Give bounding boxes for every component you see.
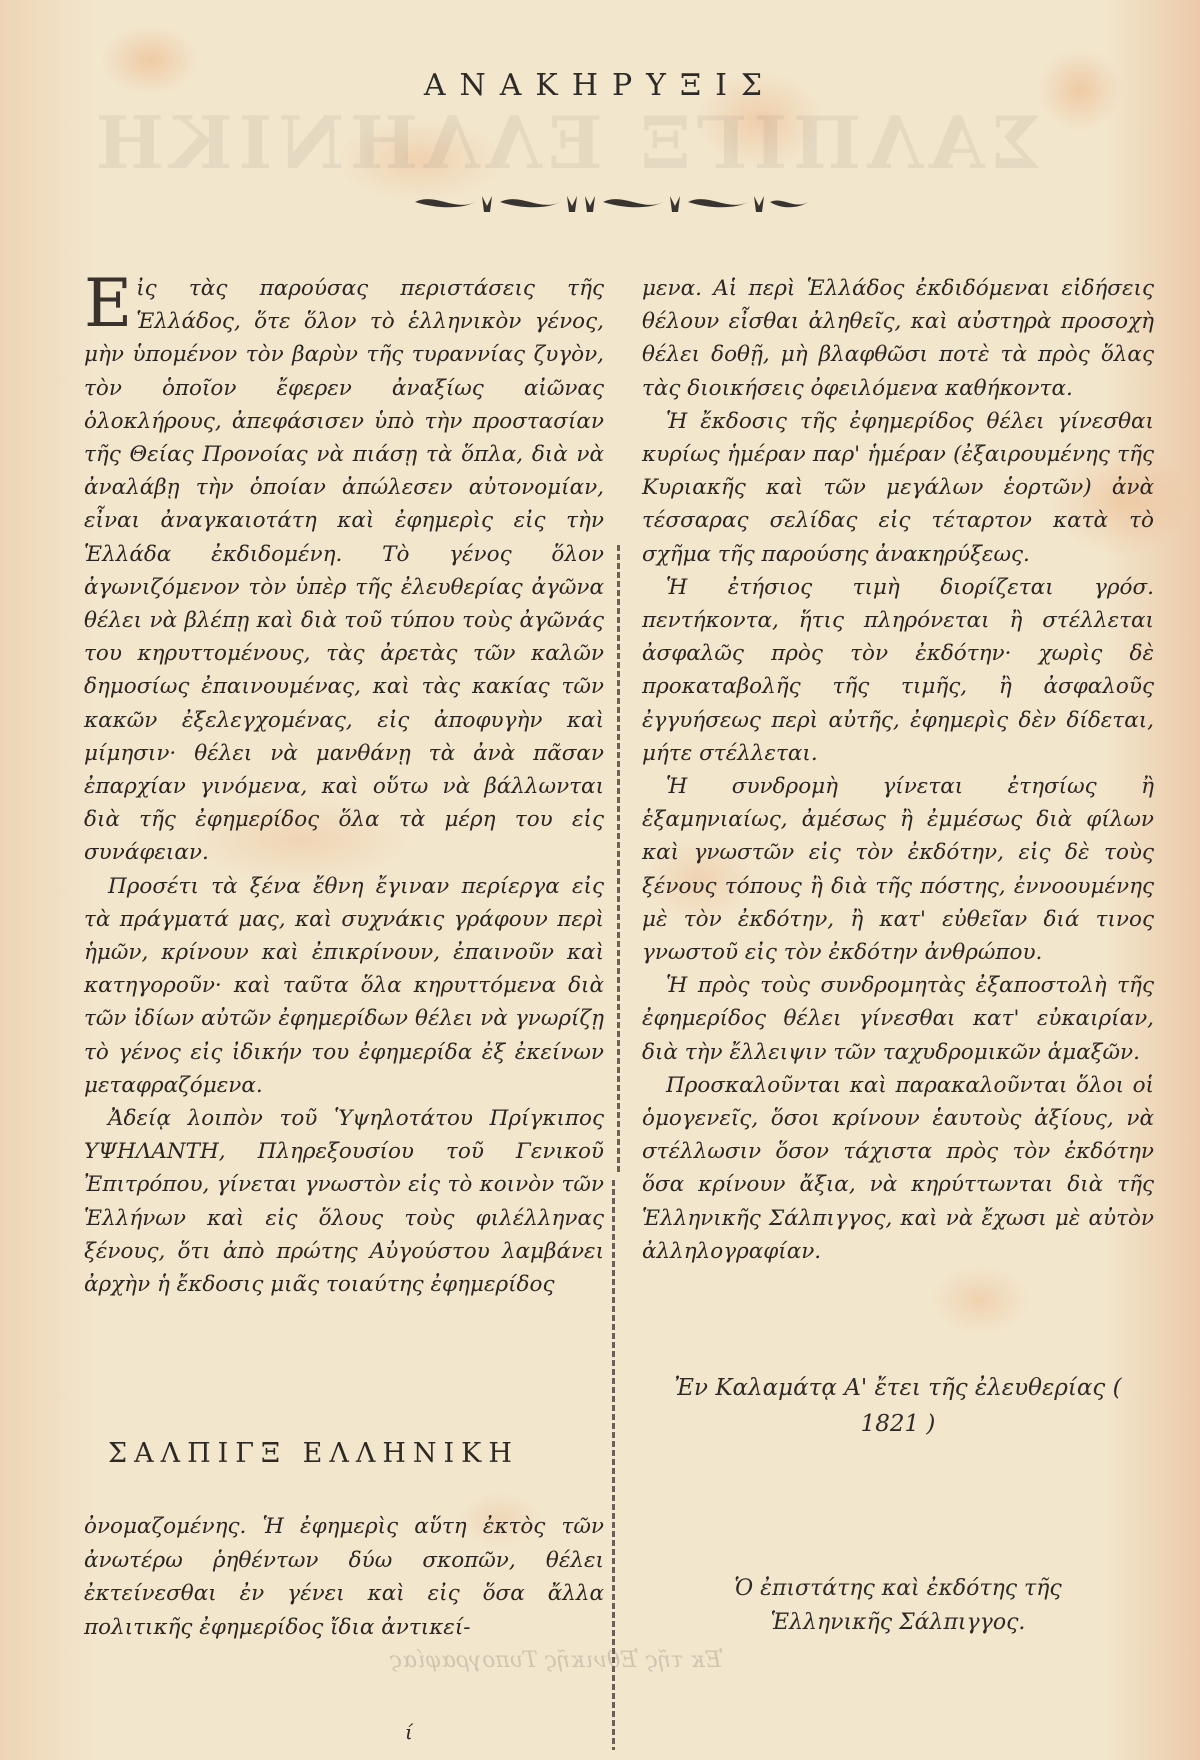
paragraph-invitation: Προσκαλοῦνται καὶ παρακαλοῦνται ὅλοι οἱ …: [642, 1069, 1154, 1268]
paragraph-publication-schedule: Ἡ ἔκδοσις τῆς ἐφημερίδος θέλει γίνεσθαι …: [642, 405, 1154, 571]
dateline: Ἐν Καλαμάτᾳ Α' ἔτει τῆς ἐλευθερίας ( 182…: [642, 1370, 1154, 1442]
left-column: Εἰς τὰς παρούσας περιστάσεις τῆς Ἑλλάδος…: [84, 272, 604, 1301]
newspaper-name-heading: ΣΑΛΠΙΓΞ ΕΛΛΗΝΙΚΗ: [108, 1438, 519, 1469]
paragraph-subscription: Ἡ συνδρομὴ γίνεται ἐτησίως ἢ ἑξαμηνιαίως…: [642, 770, 1154, 969]
signature-line-2: Ἑλληνικῆς Σάλπιγγος.: [642, 1606, 1154, 1640]
bleed-through-title: ΣΑΛΠΙΓΞ ΕΛΛΗΝΙΚΗ: [90, 100, 1042, 185]
fleuron-divider-icon: [410, 188, 810, 218]
right-column: μενα. Αἱ περὶ Ἑλλάδος ἐκδιδόμεναι εἰδήσε…: [642, 272, 1154, 1268]
page-mark: ί: [405, 1720, 413, 1744]
drop-cap: Ε: [84, 276, 132, 332]
signature-block: Ὁ ἐπιστάτης καὶ ἐκδότης τῆς Ἑλληνικῆς Σά…: [642, 1572, 1154, 1640]
opening-paragraph: Εἰς τὰς παρούσας περιστάσεις τῆς Ἑλλάδος…: [84, 272, 604, 870]
paragraph-annual-price: Ἡ ἐτήσιος τιμὴ διορίζεται γρόσ. πεντήκον…: [642, 571, 1154, 770]
paragraph-news-accuracy: μενα. Αἱ περὶ Ἑλλάδος ἐκδιδόμεναι εἰδήσε…: [642, 272, 1154, 405]
column-divider: [617, 545, 620, 1175]
page-title: ΑΝΑΚΗΡΥΞΙΣ: [0, 68, 1200, 103]
paragraph-delivery: Ἡ πρὸς τοὺς συνδρομητὰς ἐξαποστολὴ τῆς ἐ…: [642, 969, 1154, 1069]
paragraph-foreign-nations: Προσέτι τὰ ξένα ἔθνη ἔγιναν περίεργα εἰς…: [84, 870, 604, 1102]
paragraph-permission: Ἀδείᾳ λοιπὸν τοῦ Ὑψηλοτάτου Πρίγκιπος ΥΨ…: [84, 1102, 604, 1301]
bleed-through-imprint: Ἐκ τῆς Ἐθνικῆς Τυπογραφίας: [390, 1648, 724, 1673]
left-column-continuation: ὀνομαζομένης. Ἡ ἐφημερὶς αὕτη ἐκτὸς τῶν …: [84, 1510, 604, 1644]
signature-line-1: Ὁ ἐπιστάτης καὶ ἐκδότης τῆς: [642, 1572, 1154, 1606]
